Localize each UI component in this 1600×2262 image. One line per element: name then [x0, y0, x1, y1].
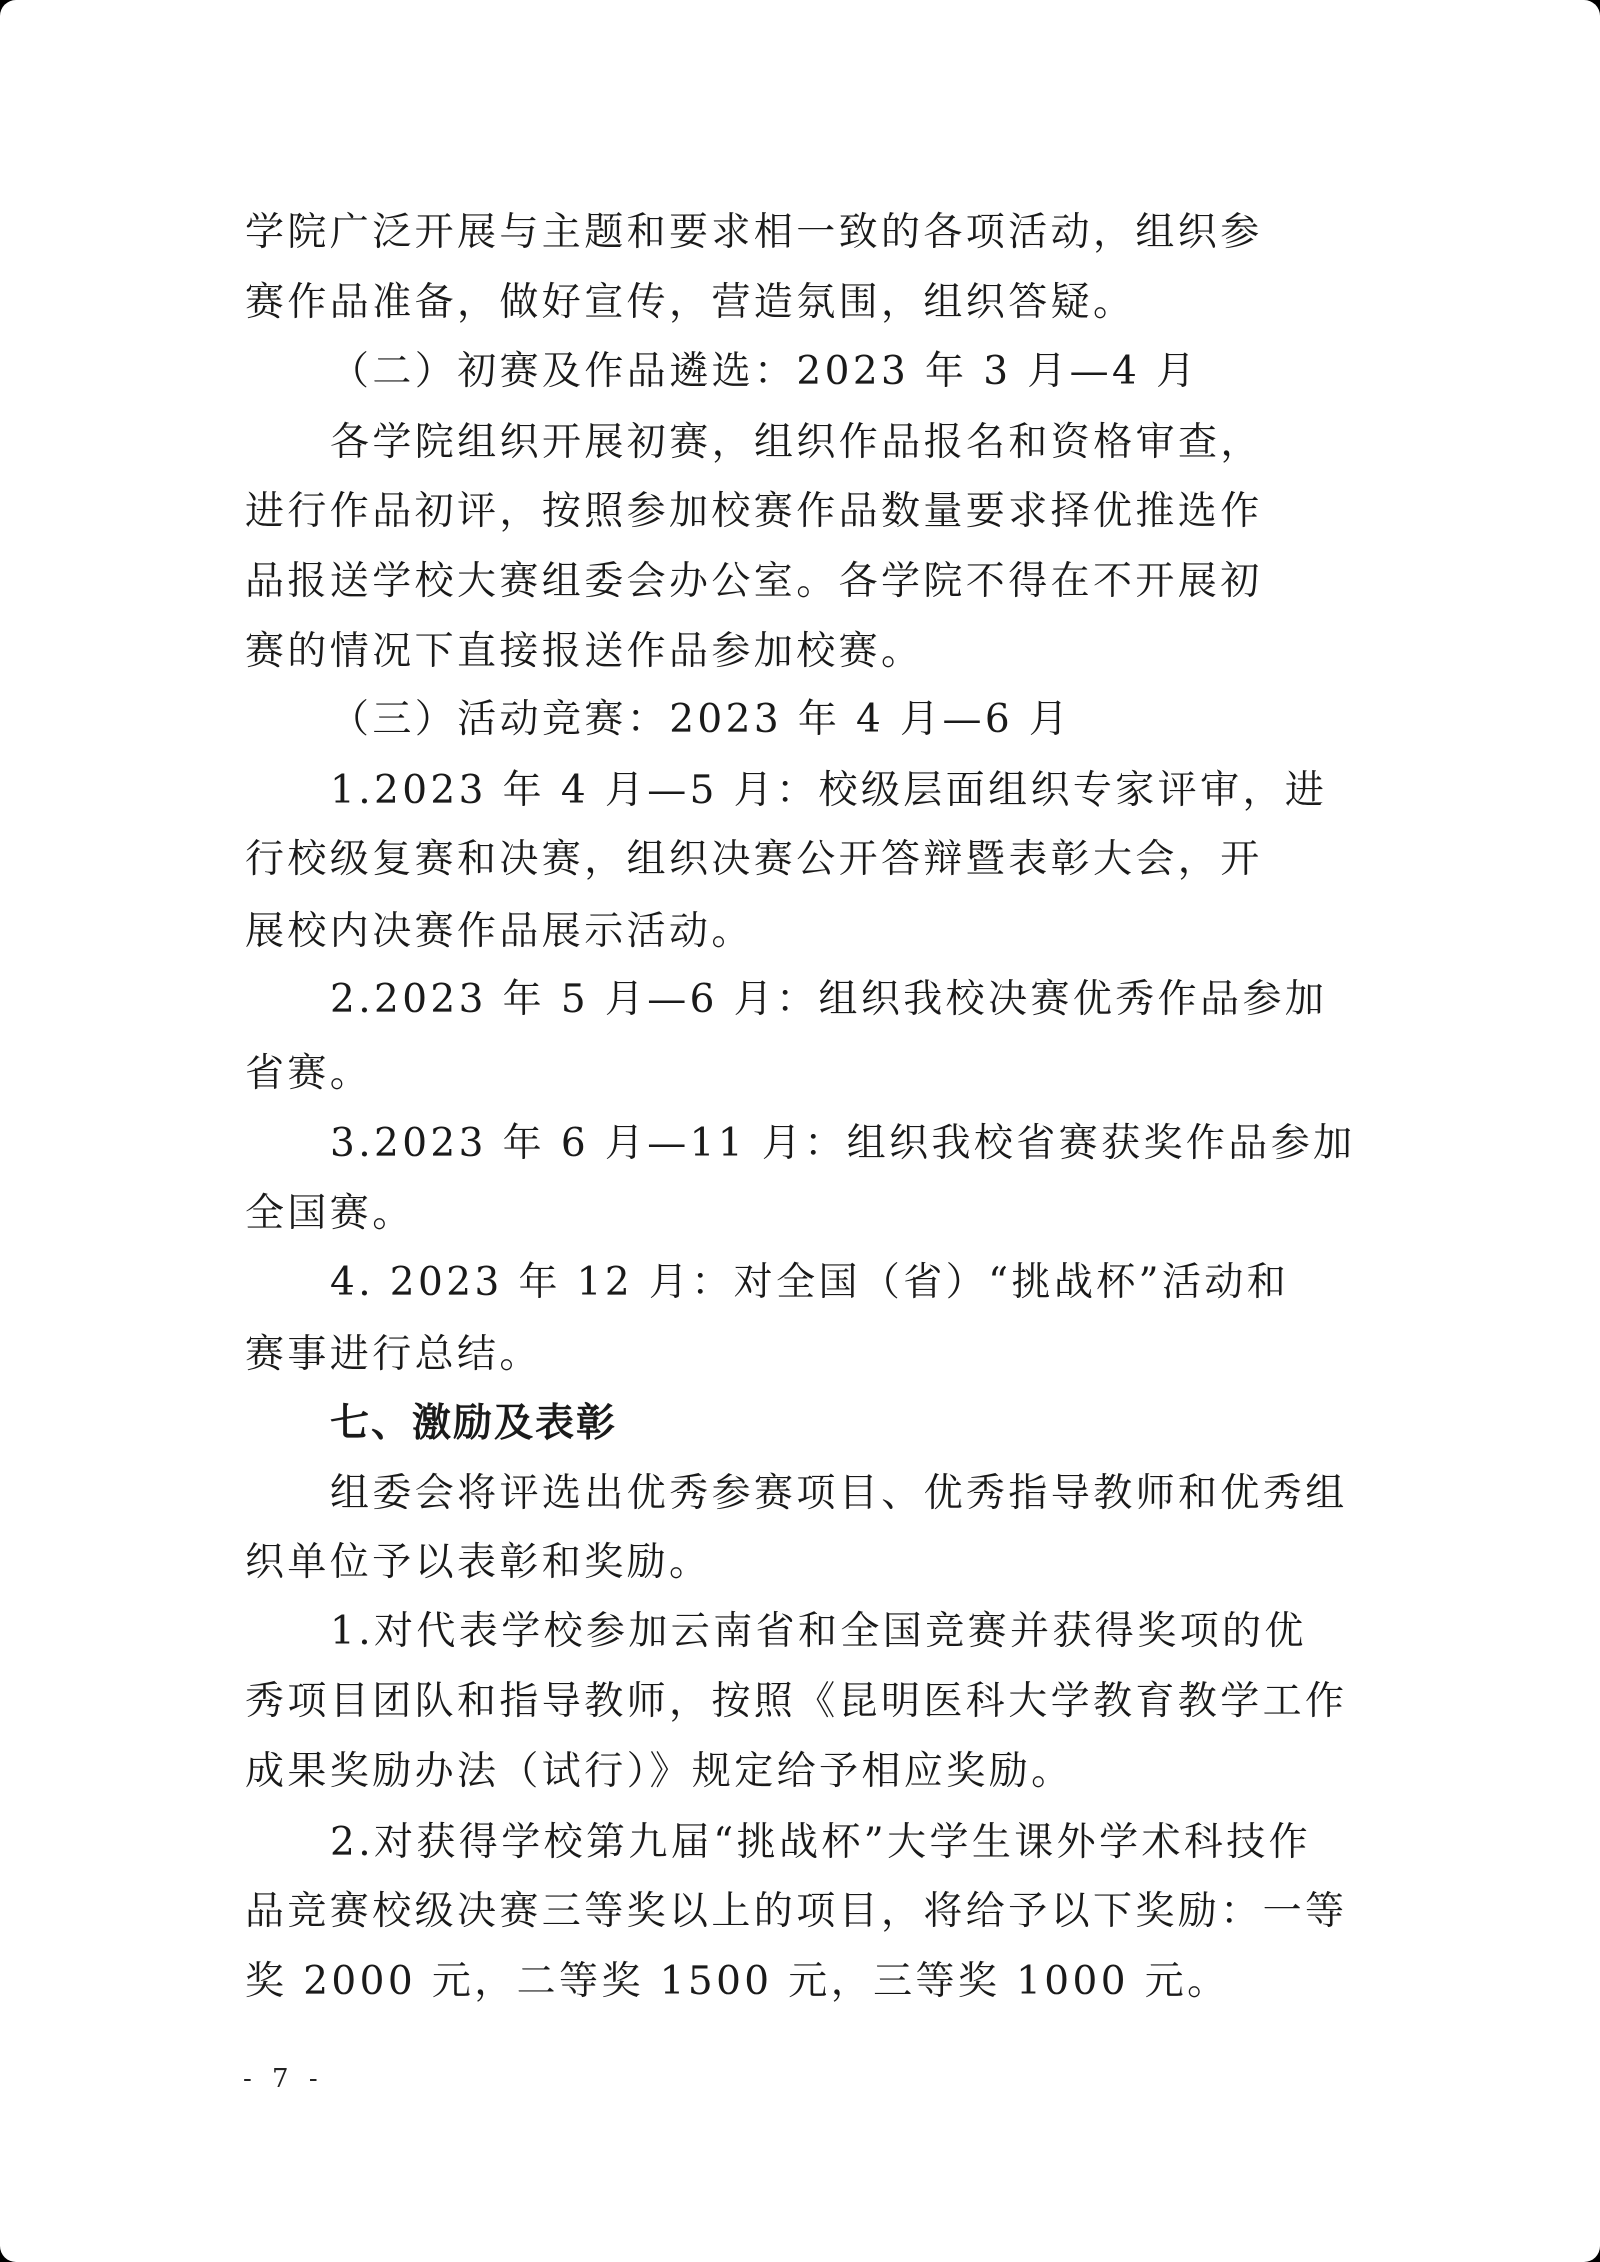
list-item-line: 1.2023 年 4 月—5 月：校级层面组织专家评审，进	[330, 761, 1327, 821]
paragraph-line: 赛作品准备，做好宣传，营造氛围，组织答疑。	[245, 273, 1135, 333]
paragraph-line: 赛的情况下直接报送作品参加校赛。	[245, 622, 923, 682]
list-item-line: 2.2023 年 5 月—6 月：组织我校决赛优秀作品参加	[330, 970, 1327, 1030]
list-item-line: 3.2023 年 6 月—11 月：组织我校省赛获奖作品参加	[330, 1114, 1356, 1174]
paragraph-line: 学院广泛开展与主题和要求相一致的各项活动，组织参	[245, 203, 1263, 263]
paragraph-line: 品报送学校大赛组委会办公室。各学院不得在不开展初	[245, 552, 1263, 612]
paragraph-line: 奖 2000 元，二等奖 1500 元，三等奖 1000 元。	[245, 1952, 1230, 2012]
paragraph-line: 组委会将评选出优秀参赛项目、优秀指导教师和优秀组	[330, 1464, 1348, 1524]
paragraph-line: 行校级复赛和决赛，组织决赛公开答辩暨表彰大会，开	[245, 830, 1263, 890]
paragraph-line: 织单位予以表彰和奖励。	[245, 1533, 711, 1593]
subsection-heading: （三）活动竞赛：2023 年 4 月—6 月	[330, 690, 1071, 750]
section-heading: 七、激励及表彰	[330, 1394, 617, 1454]
list-item-line: 1.对代表学校参加云南省和全国竞赛并获得奖项的优	[330, 1602, 1307, 1662]
paragraph-line: 品竞赛校级决赛三等奖以上的项目，将给予以下奖励：一等	[245, 1882, 1347, 1942]
document-page: 学院广泛开展与主题和要求相一致的各项活动，组织参 赛作品准备，做好宣传，营造氛围…	[0, 0, 1600, 2262]
list-item-line: 4. 2023 年 12 月：对全国（省）“挑战杯”活动和	[330, 1253, 1289, 1313]
paragraph-line: 全国赛。	[245, 1184, 415, 1244]
paragraph-line: 秀项目团队和指导教师，按照《昆明医科大学教育教学工作	[245, 1672, 1347, 1732]
paragraph-line: 成果奖励办法（试行）》规定给予相应奖励。	[245, 1742, 1074, 1802]
list-item-line: 2.对获得学校第九届“挑战杯”大学生课外学术科技作	[330, 1813, 1311, 1873]
paragraph-line: 赛事进行总结。	[245, 1325, 542, 1385]
paragraph-line: 各学院组织开展初赛，组织作品报名和资格审查，	[330, 413, 1263, 473]
subsection-heading: （二）初赛及作品遴选：2023 年 3 月—4 月	[330, 342, 1198, 402]
page-number: - 7 -	[243, 2064, 324, 2094]
paragraph-line: 省赛。	[245, 1044, 372, 1104]
paragraph-line: 进行作品初评，按照参加校赛作品数量要求择优推选作	[245, 482, 1263, 542]
paragraph-line: 展校内决赛作品展示活动。	[245, 902, 754, 962]
